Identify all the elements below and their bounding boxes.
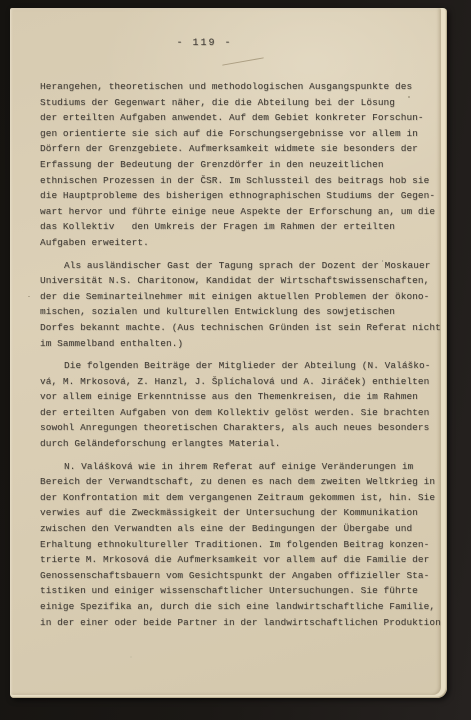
text-line: der erteilten Aufgaben von dem Kollektiv…	[40, 405, 429, 421]
text-line: verwies auf die Zweckmässigkeit der Unte…	[40, 505, 429, 521]
text-line: Bereich der Verwandtschaft, zu denen es …	[40, 474, 429, 490]
text-line: Dörfern der Grenzgebiete. Aufmerksamkeit…	[40, 141, 429, 157]
text-line: trierte M. Mrkosová die Aufmerksamkeit v…	[40, 552, 429, 568]
text-line: Universität N.S. Charitonow, Kandidat de…	[40, 273, 429, 289]
text-line: Die folgenden Beiträge der Mitglieder de…	[40, 358, 429, 374]
text-line: gen orientierte sie sich auf die Forschu…	[40, 126, 429, 142]
text-line: der Konfrontation mit dem vergangenen Ze…	[40, 490, 429, 506]
text-line: Erfassung der Bedeutung der Grenzdörfer …	[40, 157, 429, 173]
text-line: das Kollektiv den Umkreis der Fragen im …	[40, 219, 429, 235]
text-line: Dorfes bekannt machte. (Aus technischen …	[40, 320, 429, 336]
text-line: der erteilten Aufgaben anwendet. Auf dem…	[40, 110, 429, 126]
crease-mark	[222, 57, 264, 65]
text-line: Aufgaben erweitert.	[40, 235, 429, 251]
page-edge-stack: - 119 - Herangehen, theoretischen und me…	[10, 8, 447, 698]
text-line: Herangehen, theoretischen und methodolog…	[40, 79, 429, 95]
text-line: der die Seminarteilnehmer mit einigen ak…	[40, 289, 429, 305]
text-line: Als ausländischer Gast der Tagung sprach…	[40, 258, 429, 274]
paper-speck	[130, 656, 132, 658]
paper-speck	[28, 296, 30, 297]
text-line: vá, M. Mrkosová, Z. Hanzl, J. Šplíchalov…	[40, 374, 429, 390]
text-line: die Hauptprobleme des bisherigen ethnogr…	[40, 188, 429, 204]
text-line: einige Spezifika an, durch die sich eine…	[40, 599, 429, 615]
paragraph: Herangehen, theoretischen und methodolog…	[40, 79, 429, 251]
paragraph: N. Valášková wie in ihrem Referat auf ei…	[40, 459, 429, 631]
text-line: in der einer oder beide Partner in der l…	[40, 615, 429, 631]
text-line: tistiken und einiger wissenschaftlicher …	[40, 583, 429, 599]
text-line: Genossenschaftsbauern vom Gesichtspunkt …	[40, 568, 429, 584]
text-line: vor allem einige Erkenntnisse aus den Th…	[40, 389, 429, 405]
text-line: mischen, sozialen und kulturellen Entwic…	[40, 304, 429, 320]
text-line: Erhaltung ethnokultureller Traditionen. …	[40, 537, 429, 553]
text-line: zwischen den Verwandten als eine der Bed…	[40, 521, 429, 537]
text-block: Herangehen, theoretischen und methodolog…	[40, 79, 429, 637]
paragraph: Die folgenden Beiträge der Mitglieder de…	[40, 358, 429, 452]
document-page: - 119 - Herangehen, theoretischen und me…	[10, 8, 441, 695]
text-line: N. Valášková wie in ihrem Referat auf ei…	[40, 459, 429, 475]
text-line: Studiums der Gegenwart näher, die die Ab…	[40, 95, 429, 111]
text-line: ethnischen Prozessen in der ČSR. Im Schl…	[40, 173, 429, 189]
page-number: - 119 -	[10, 38, 399, 49]
text-line: durch Geländeforschung erlangtes Materia…	[40, 436, 429, 452]
scan-background: - 119 - Herangehen, theoretischen und me…	[0, 0, 471, 720]
text-line: im Sammelband enthalten.)	[40, 336, 429, 352]
paragraph: Als ausländischer Gast der Tagung sprach…	[40, 258, 429, 352]
text-line: sowohl Anregungen theoretischen Charakte…	[40, 420, 429, 436]
text-line: wart hervor und führte einige neue Aspek…	[40, 204, 429, 220]
